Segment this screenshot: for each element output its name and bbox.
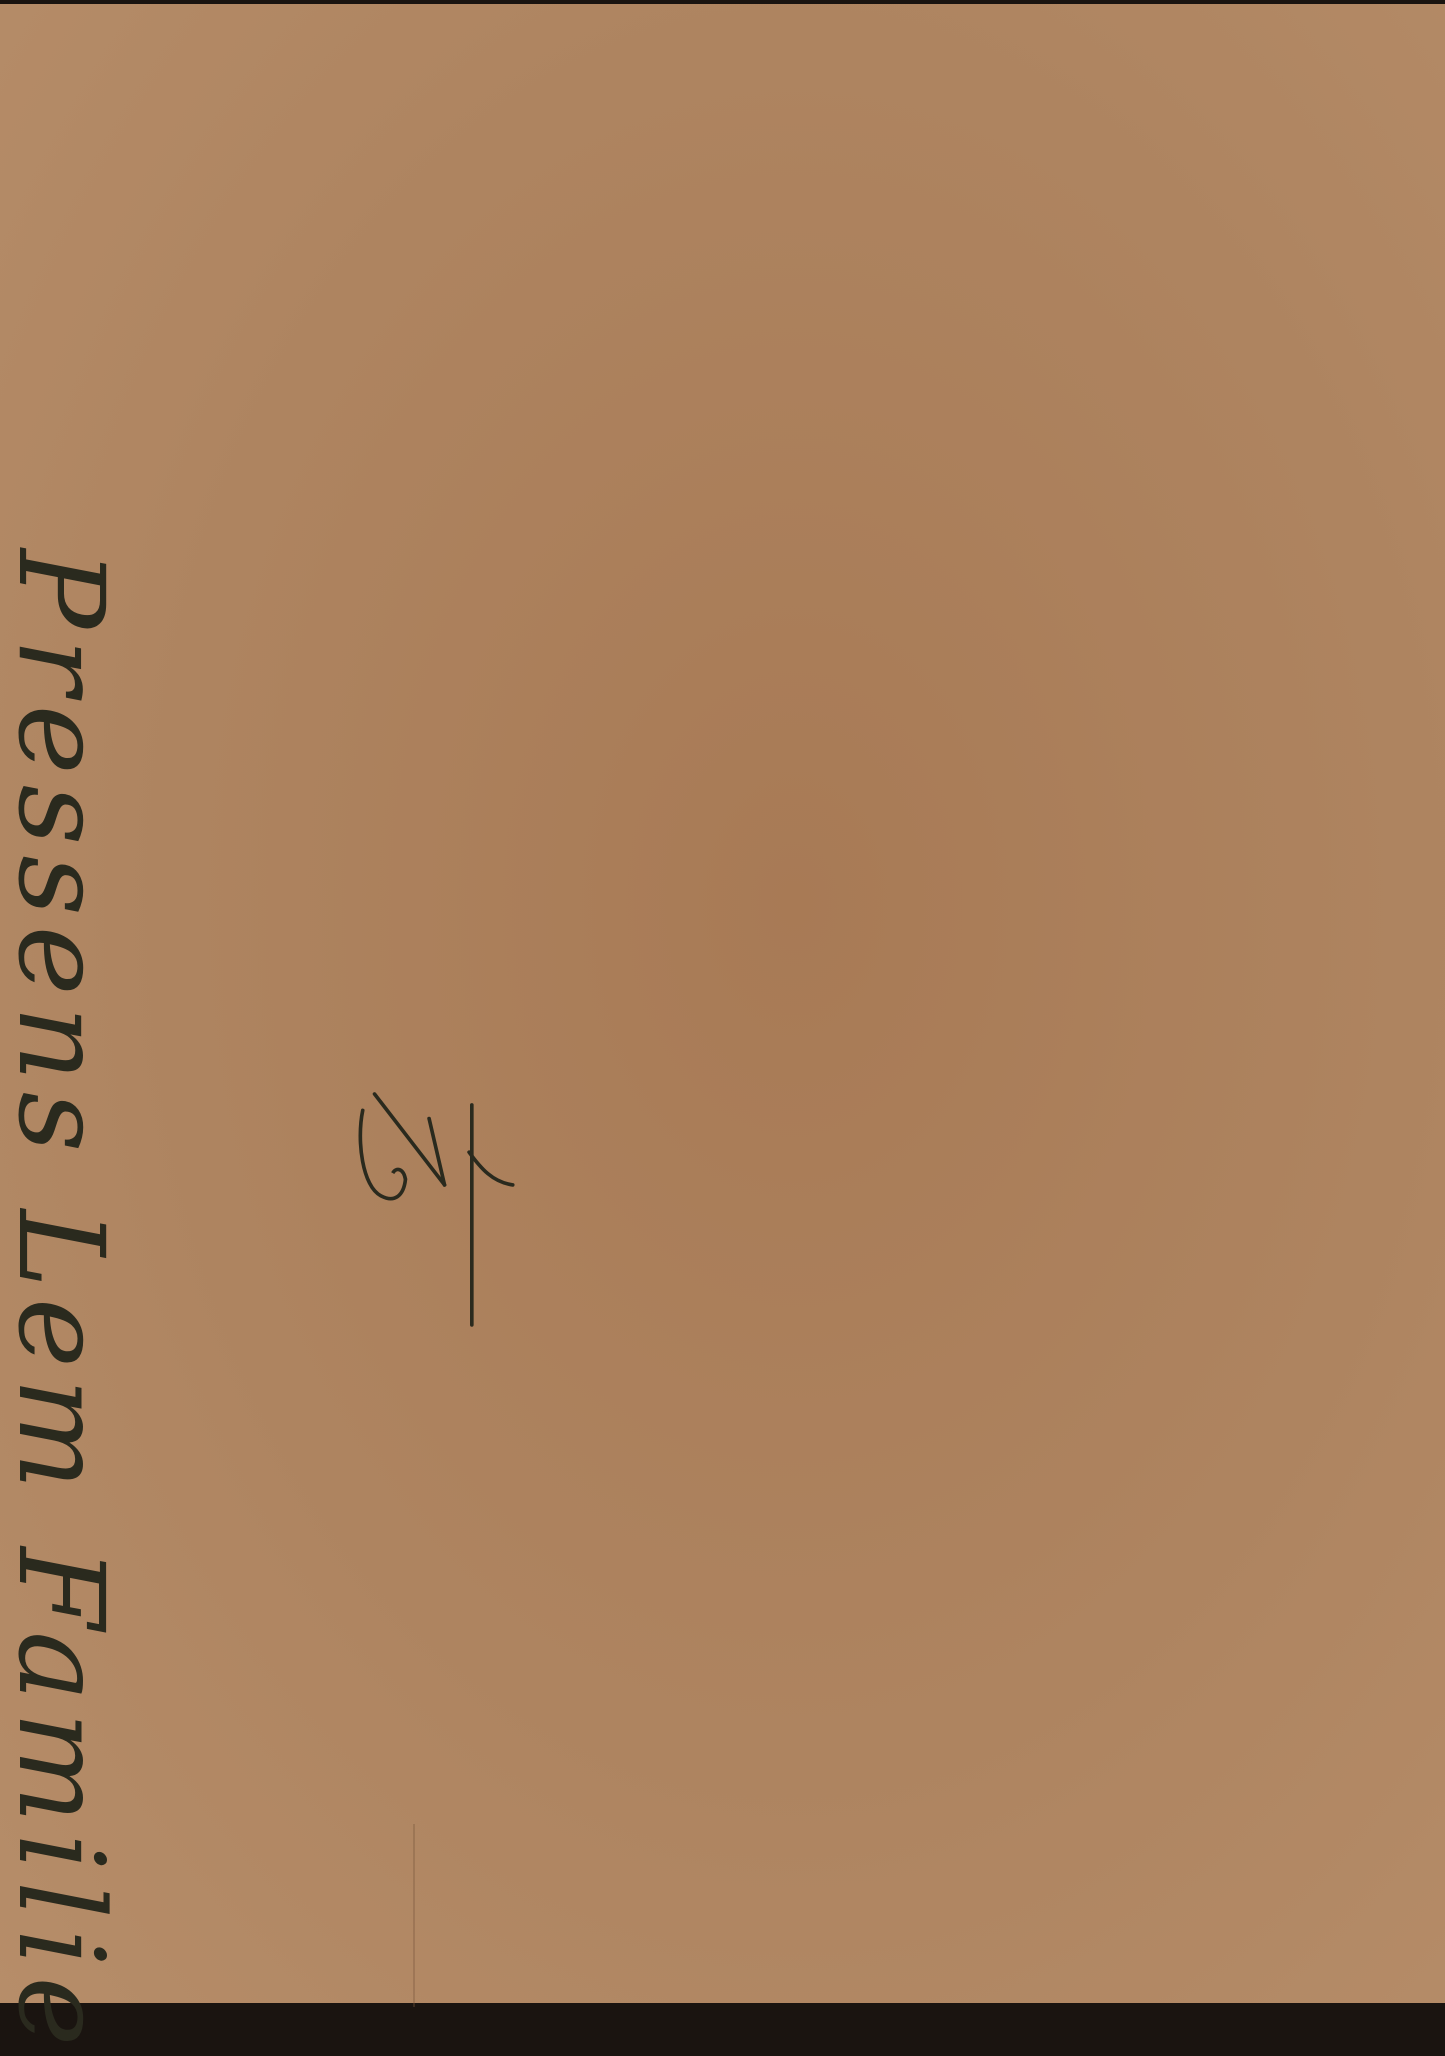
folder-cover: Pressens Lem Familie <box>0 4 1445 2003</box>
handwritten-mark <box>340 1074 540 1354</box>
paper-crease <box>413 1824 415 2003</box>
handwritten-label: Pressens Lem Familie <box>0 549 130 2003</box>
